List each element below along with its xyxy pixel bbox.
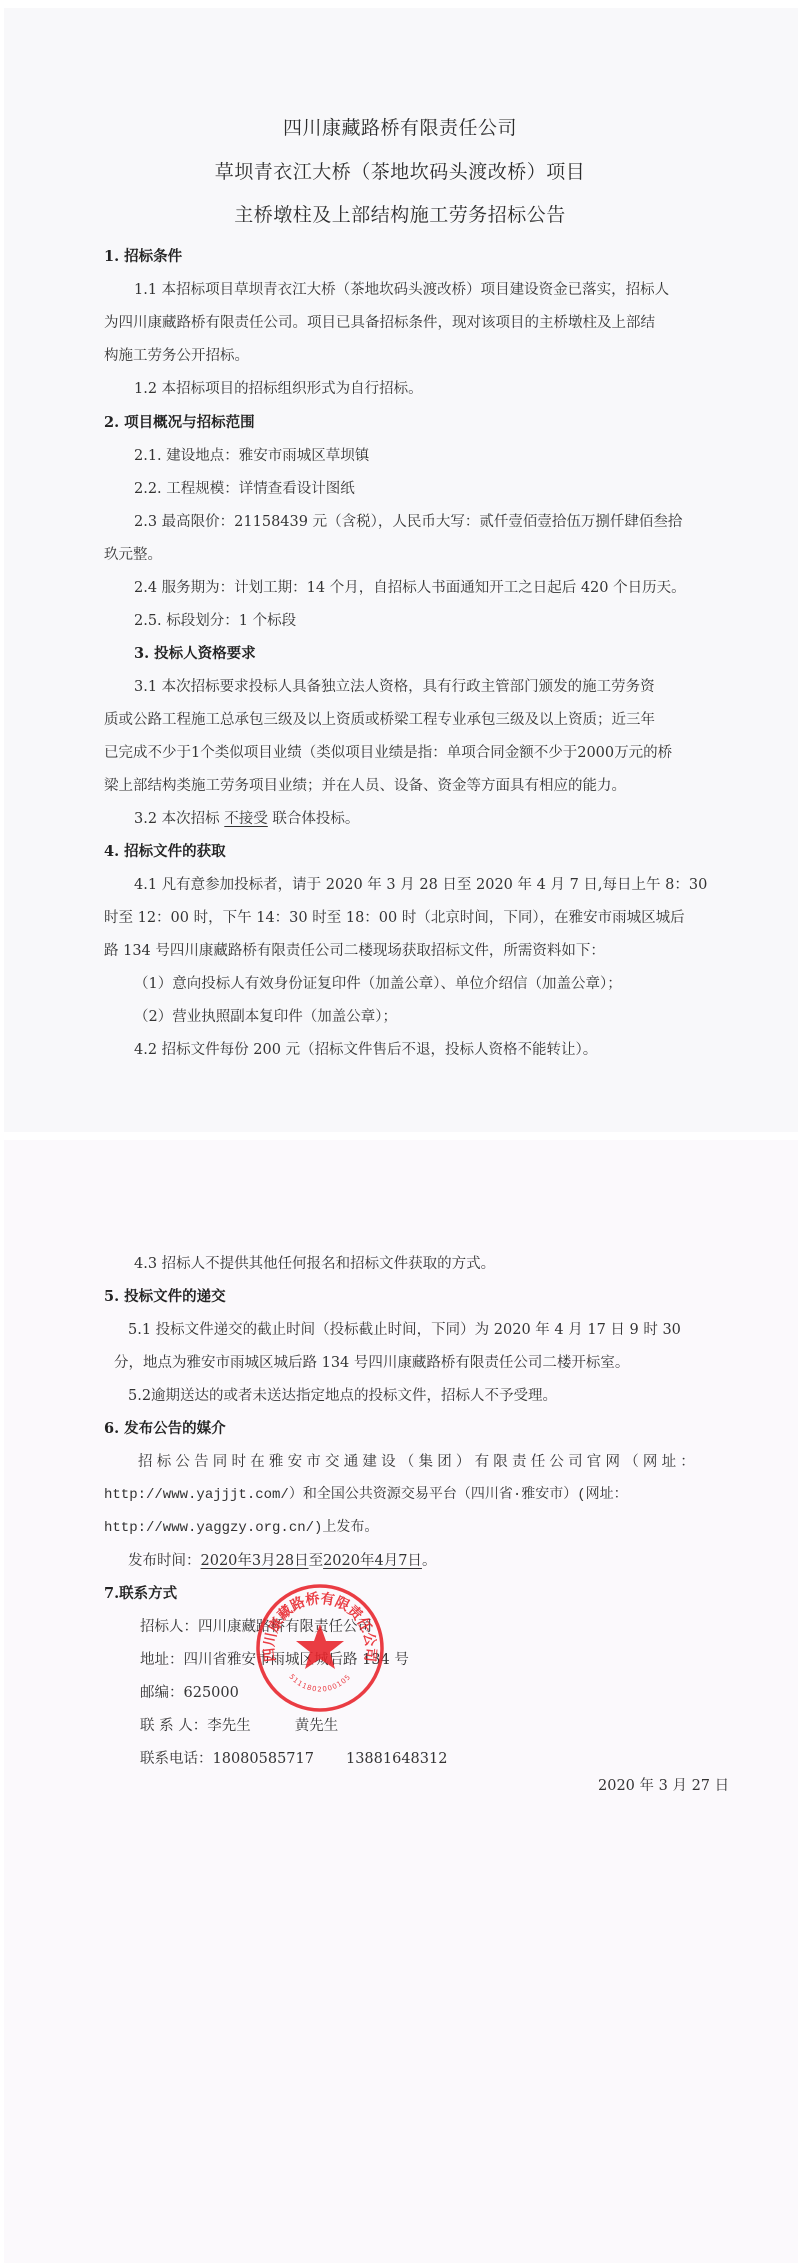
paragraph-2-4: 2.4 服务期为：计划工期：14 个月，自招标人书面通知开工之日起后 420 个… bbox=[134, 579, 686, 597]
paragraph-3-1-line: 已完成不少于1个类似项目业绩（类似项目业绩是指：单项合同金额不少于2000万元的… bbox=[104, 744, 672, 762]
contact-person-1: 李先生 bbox=[207, 1718, 251, 1734]
paragraph-4-3: 4.3 招标人不提供其他任何报名和招标文件获取的方式。 bbox=[134, 1255, 495, 1273]
paragraph-4-2: 4.2 招标文件每份 200 元（招标文件售后不退，投标人资格不能转让）。 bbox=[134, 1041, 597, 1059]
paragraph-1-2: 1.2 本招标项目的招标组织形式为自行招标。 bbox=[134, 380, 423, 398]
contact-persons-label: 联 系 人： bbox=[140, 1718, 207, 1734]
contact-address: 地址：四川省雅安市雨城区城后路 134 号 bbox=[140, 1651, 409, 1669]
paragraph-2-5: 2.5. 标段划分：1 个标段 bbox=[134, 612, 296, 630]
title-project: 草坝青衣江大桥（茶地坎码头渡改桥）项目 bbox=[0, 160, 800, 184]
required-item-2: （2）营业执照副本复印件（加盖公章）； bbox=[134, 1008, 397, 1026]
paragraph-3-1-line: 质或公路工程施工总承包三级及以上资质或桥梁工程专业承包三级及以上资质；近三年 bbox=[104, 711, 655, 729]
publish-date-separator: 至 bbox=[309, 1553, 324, 1569]
paragraph-3-2: 3.2 本次招标 不接受 联合体投标。 bbox=[134, 810, 359, 828]
paragraph-2-3-line: 玖元整。 bbox=[104, 546, 162, 564]
paragraph-5-1-line: 分，地点为雅安市雨城区城后路 134 号四川康藏路桥有限责任公司二楼开标室。 bbox=[114, 1354, 629, 1372]
section-heading-7: 7.联系方式 bbox=[104, 1585, 177, 1603]
paragraph-1-1-line: 为四川康藏路桥有限责任公司。项目已具备招标条件，现对该项目的主桥墩柱及上部结 bbox=[104, 314, 655, 332]
document-date: 2020 年 3 月 27 日 bbox=[598, 1777, 729, 1795]
paragraph-4-1-line: 时至 12：00 时，下午 14：30 时至 18：00 时（北京时间，下同），… bbox=[104, 909, 685, 927]
publish-start-date: 2020年3月28日 bbox=[201, 1553, 309, 1569]
section-heading-5: 5. 投标文件的递交 bbox=[104, 1288, 226, 1306]
paragraph-3-2-prefix: 3.2 本次招标 bbox=[134, 811, 224, 827]
paragraph-6-line: http://www.yaggzy.org.cn/)上发布。 bbox=[104, 1519, 378, 1537]
paragraph-4-1-line: 路 134 号四川康藏路桥有限责任公司二楼现场获取招标文件，所需资料如下： bbox=[104, 942, 605, 960]
paragraph-1-1-line: 1.1 本招标项目草坝青衣江大桥（茶地坎码头渡改桥）项目建设资金已落实，招标人 bbox=[134, 281, 669, 299]
required-item-1: （1）意向投标人有效身份证复印件（加盖公章）、单位介绍信（加盖公章）； bbox=[134, 975, 622, 993]
publish-end-punct: 。 bbox=[422, 1553, 437, 1569]
paragraph-2-3-line: 2.3 最高限价：21158439 元（含税），人民币大写：贰仟壹佰壹拾伍万捌仟… bbox=[134, 513, 682, 531]
paragraph-1-1-line: 构施工劳务公开招标。 bbox=[104, 347, 249, 365]
contact-phone-2: 13881648312 bbox=[346, 1751, 447, 1767]
paragraph-5-2: 5.2逾期送达的或者未送达指定地点的投标文件，招标人不予受理。 bbox=[128, 1387, 557, 1405]
joint-bid-status: 不接受 bbox=[224, 811, 268, 827]
paragraph-2-1: 2.1. 建设地点：雅安市雨城区草坝镇 bbox=[134, 447, 369, 465]
publish-time-label: 发布时间： bbox=[128, 1553, 201, 1569]
section-heading-1: 1. 招标条件 bbox=[104, 248, 182, 266]
contact-tenderer: 招标人：四川康藏路桥有限责任公司 bbox=[140, 1618, 372, 1636]
contact-persons: 联 系 人：李先生黄先生 bbox=[140, 1717, 338, 1735]
paragraph-5-1-line: 5.1 投标文件递交的截止时间（投标截止时间，下同）为 2020 年 4 月 1… bbox=[128, 1321, 681, 1339]
contact-phones: 联系电话：1808058571713881648312 bbox=[140, 1750, 447, 1768]
title-announcement: 主桥墩柱及上部结构施工劳务招标公告 bbox=[0, 203, 800, 227]
paragraph-3-1-line: 梁上部结构类施工劳务项目业绩；并在人员、设备、资金等方面具有相应的能力。 bbox=[104, 777, 626, 795]
paragraph-4-1-line: 4.1 凡有意参加投标者，请于 2020 年 3 月 28 日至 2020 年 … bbox=[134, 876, 707, 894]
section-heading-3: 3. 投标人资格要求 bbox=[134, 645, 256, 663]
paragraph-2-2: 2.2. 工程规模：详情查看设计图纸 bbox=[134, 480, 355, 498]
paragraph-6-line: http://www.yajjjt.com/）和全国公共资源交易平台（四川省·雅… bbox=[104, 1486, 628, 1504]
paragraph-3-1-line: 3.1 本次招标要求投标人具备独立法人资格，具有行政主管部门颁发的施工劳务资 bbox=[134, 678, 655, 696]
contact-phone-1: 18080585717 bbox=[213, 1751, 314, 1767]
paragraph-6-line: 招标公告同时在雅安市交通建设（集团）有限责任公司官网（网址： bbox=[138, 1453, 699, 1471]
contact-person-2: 黄先生 bbox=[295, 1718, 339, 1734]
paragraph-3-2-suffix: 联合体投标。 bbox=[268, 811, 360, 827]
section-heading-4: 4. 招标文件的获取 bbox=[104, 843, 226, 861]
publish-time: 发布时间：2020年3月28日至2020年4月7日。 bbox=[128, 1552, 436, 1570]
contact-phone-label: 联系电话： bbox=[140, 1751, 213, 1767]
section-heading-2: 2. 项目概况与招标范围 bbox=[104, 414, 255, 432]
publish-end-date: 2020年4月7日 bbox=[323, 1553, 422, 1569]
title-company: 四川康藏路桥有限责任公司 bbox=[0, 116, 800, 140]
document-page-2 bbox=[4, 1140, 798, 2263]
section-heading-6: 6. 发布公告的媒介 bbox=[104, 1420, 226, 1438]
contact-postcode: 邮编：625000 bbox=[140, 1684, 239, 1702]
